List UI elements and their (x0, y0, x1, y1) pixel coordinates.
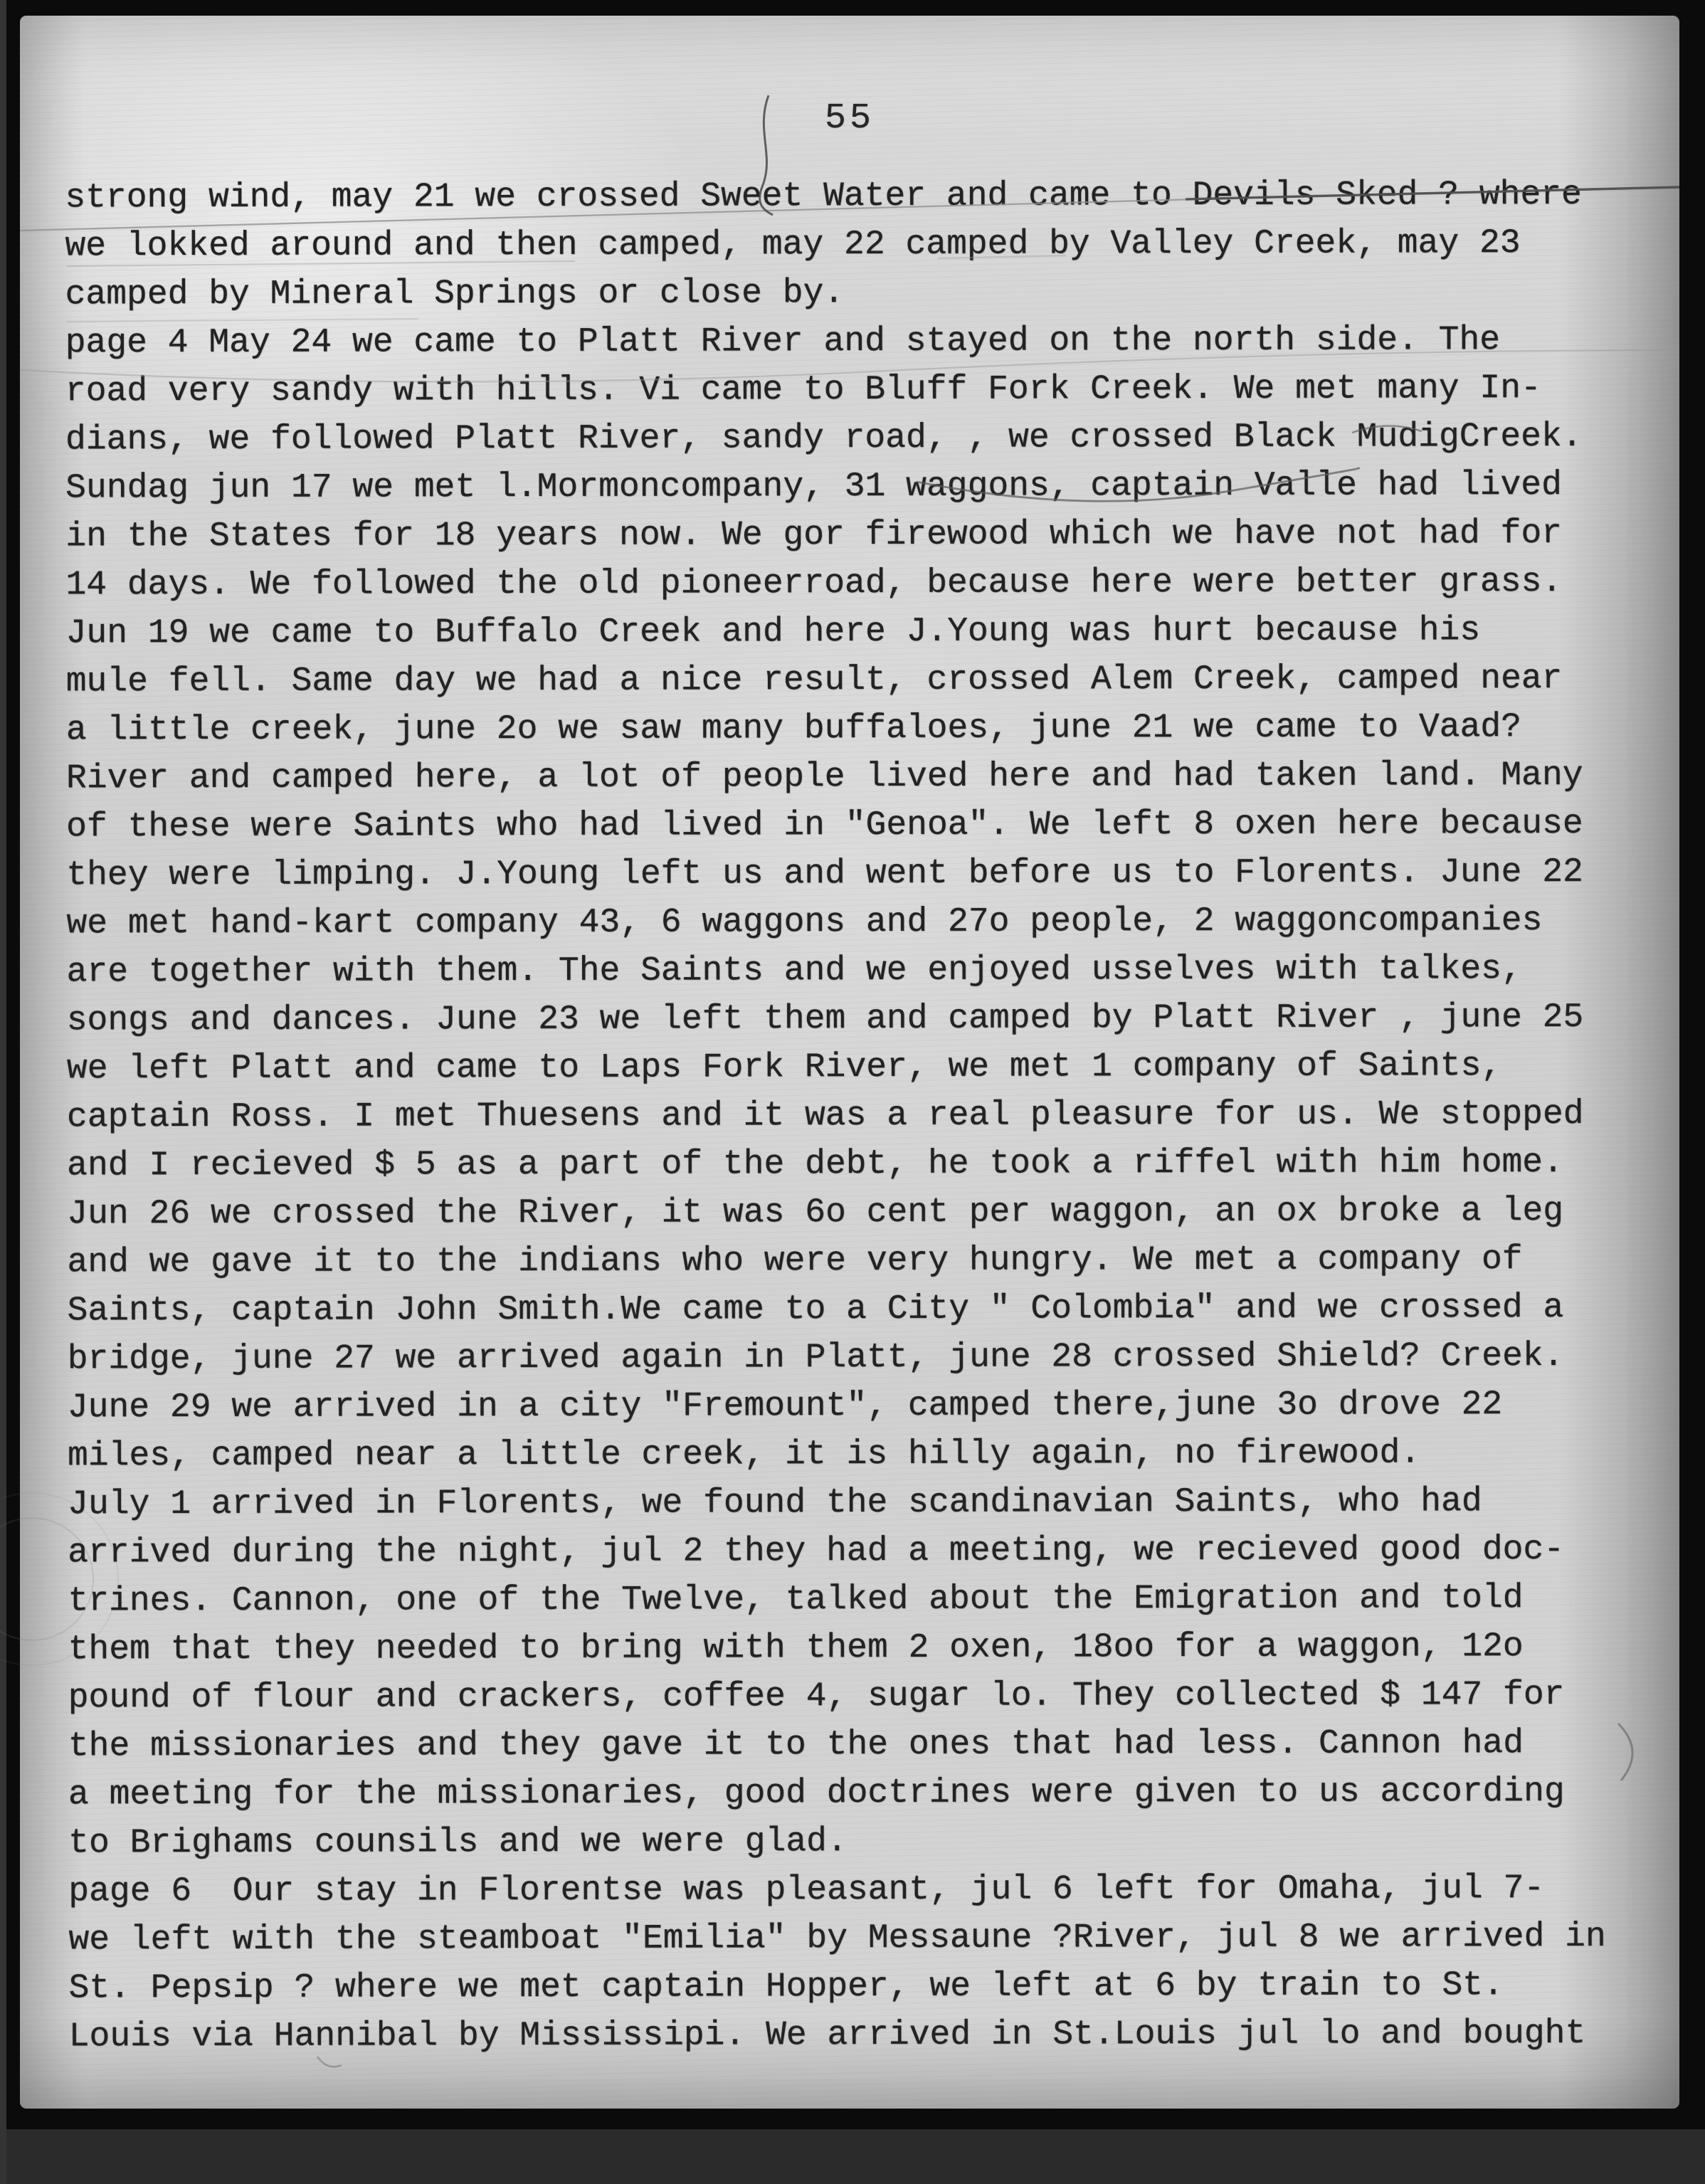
text-line: we left Platt and came to Laps Fork Rive… (67, 1042, 1637, 1094)
text-line: June 29 we arrived in a city "Fremount",… (68, 1381, 1637, 1433)
text-line: and we gave it to the indians who were v… (67, 1235, 1637, 1287)
text-line: camped by Mineral Springs or close by. (65, 268, 1635, 320)
text-line: strong wind, may 21 we crossed Sweet Wat… (65, 171, 1635, 223)
text-line: page 4 May 24 we came to Platt River and… (65, 316, 1635, 368)
text-line: of these were Saints who had lived in "G… (66, 800, 1636, 852)
text-line: songs and dances. June 23 we left them a… (67, 993, 1637, 1045)
page-number: 55 (20, 98, 1679, 139)
text-line: a little creek, june 2o we saw many buff… (66, 703, 1636, 755)
text-line: are together with them. The Saints and w… (67, 945, 1637, 997)
text-line: we lokked around and then camped, may 22… (65, 219, 1635, 271)
text-line: page 6 Our stay in Florentse was pleasan… (68, 1864, 1638, 1916)
text-line: pound of flour and crackers, coffee 4, s… (68, 1671, 1638, 1723)
text-line: Saints, captain John Smith.We came to a … (68, 1284, 1637, 1336)
document-page: 55 strong wind, may 21 we crossed Sweet … (20, 16, 1679, 2109)
text-line: miles, camped near a little creek, it is… (68, 1429, 1637, 1481)
text-line: July 1 arrived in Florents, we found the… (68, 1477, 1637, 1529)
document-text: strong wind, may 21 we crossed Sweet Wat… (65, 171, 1639, 2062)
text-line: River and camped here, a lot of people l… (66, 751, 1636, 803)
text-line: trines. Cannon, one of the Twelve, talke… (68, 1574, 1637, 1626)
text-line: the missionaries and they gave it to the… (68, 1719, 1638, 1771)
text-line: 14 days. We followed the old pioneerroad… (65, 558, 1635, 610)
text-line: mule fell. Same day we had a nice result… (66, 655, 1636, 707)
text-line: they were limping. J.Young left us and w… (66, 848, 1636, 900)
text-line: and I recieved $ 5 as a part of the debt… (67, 1139, 1637, 1191)
text-line: Jun 19 we came to Buffalo Creek and here… (66, 606, 1636, 658)
text-line: Jun 26 we crossed the River, it was 6o c… (67, 1187, 1637, 1239)
text-line: dians, we followed Platt River, sandy ro… (65, 413, 1635, 465)
text-line: St. Pepsip ? where we met captain Hopper… (68, 1961, 1638, 2013)
text-line: Sundag jun 17 we met l.Mormoncompany, 31… (65, 461, 1635, 513)
text-line: arrived during the night, jul 2 they had… (68, 1526, 1637, 1578)
text-line: we left with the steamboat "Emilia" by M… (68, 1913, 1638, 1965)
text-line: Louis via Hannibal by Mississipi. We arr… (69, 2010, 1639, 2062)
text-line: bridge, june 27 we arrived again in Plat… (68, 1332, 1637, 1384)
text-line: a meeting for the missionaries, good doc… (68, 1768, 1638, 1820)
text-line: we met hand-kart company 43, 6 waggons a… (66, 897, 1636, 949)
text-line: road very sandy with hills. Vi came to B… (65, 364, 1635, 416)
text-line: captain Ross. I met Thuesens and it was … (67, 1090, 1637, 1142)
text-line: in the States for 18 years now. We gor f… (65, 510, 1635, 561)
text-line: to Brighams counsils and we were glad. (68, 1816, 1638, 1868)
text-line: them that they needed to bring with them… (68, 1623, 1637, 1674)
